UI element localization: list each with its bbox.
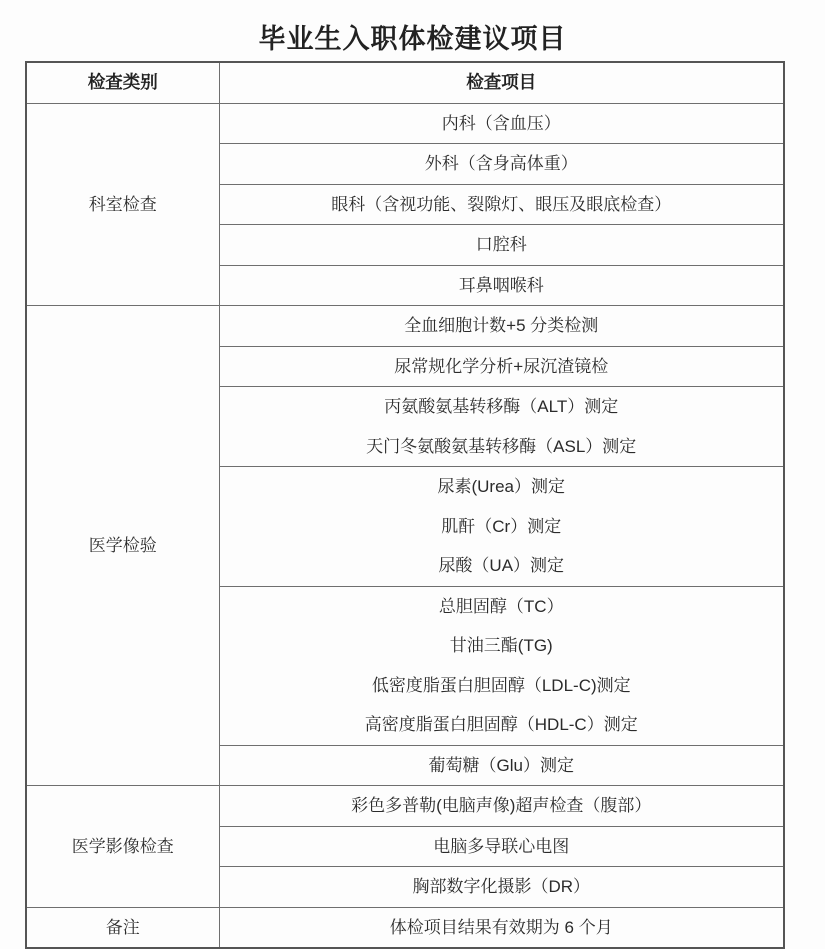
item-text: 总胆固醇（TC） (220, 587, 784, 627)
item-cell: 外科（含身高体重） (219, 144, 784, 185)
item-cell: 全血细胞计数+5 分类检测 (219, 306, 784, 347)
category-cell: 医学检验 (26, 306, 219, 786)
item-text: 电脑多导联心电图 (220, 827, 784, 867)
item-cell: 总胆固醇（TC）甘油三酯(TG)低密度脂蛋白胆固醇（LDL-C)测定高密度脂蛋白… (219, 586, 784, 745)
item-cell: 尿素(Urea）测定肌酐（Cr）测定尿酸（UA）测定 (219, 467, 784, 587)
item-cell: 内科（含血压） (219, 103, 784, 144)
item-text: 眼科（含视功能、裂隙灯、眼压及眼底检查） (220, 185, 784, 225)
item-cell: 眼科（含视功能、裂隙灯、眼压及眼底检查） (219, 184, 784, 225)
header-row: 检查类别 检查项目 (26, 62, 784, 103)
header-items: 检查项目 (219, 62, 784, 103)
item-text: 耳鼻咽喉科 (220, 266, 784, 306)
item-cell: 丙氨酸氨基转移酶（ALT）测定天门冬氨酸氨基转移酶（ASL）测定 (219, 387, 784, 467)
item-text: 胸部数字化摄影（DR） (220, 867, 784, 907)
page-title: 毕业生入职体检建议项目 (0, 17, 825, 56)
item-cell: 尿常规化学分析+尿沉渣镜检 (219, 346, 784, 387)
exam-table: 检查类别 检查项目 科室检查内科（含血压）外科（含身高体重）眼科（含视功能、裂隙… (25, 61, 785, 949)
item-text: 彩色多普勒(电脑声像)超声检查（腹部） (220, 786, 784, 826)
table-row: 科室检查内科（含血压） (26, 103, 784, 144)
item-text: 丙氨酸氨基转移酶（ALT）测定 (220, 387, 784, 427)
table-row: 医学影像检查彩色多普勒(电脑声像)超声检查（腹部） (26, 786, 784, 827)
item-cell: 胸部数字化摄影（DR） (219, 867, 784, 908)
item-text: 尿酸（UA）测定 (220, 546, 784, 586)
category-cell: 科室检查 (26, 103, 219, 306)
item-text: 肌酐（Cr）测定 (220, 507, 784, 547)
item-text: 低密度脂蛋白胆固醇（LDL-C)测定 (220, 666, 784, 706)
page: 毕业生入职体检建议项目 检查类别 检查项目 科室检查内科（含血压）外科（含身高体… (0, 0, 825, 942)
item-text: 外科（含身高体重） (220, 144, 784, 184)
item-text: 尿常规化学分析+尿沉渣镜检 (220, 347, 784, 387)
item-cell: 电脑多导联心电图 (219, 826, 784, 867)
item-cell: 口腔科 (219, 225, 784, 266)
item-text: 甘油三酯(TG) (220, 626, 784, 666)
item-cell: 耳鼻咽喉科 (219, 265, 784, 306)
item-text: 全血细胞计数+5 分类检测 (220, 306, 784, 346)
category-cell: 医学影像检查 (26, 786, 219, 908)
item-cell: 葡萄糖（Glu）测定 (219, 745, 784, 786)
item-text: 葡萄糖（Glu）测定 (220, 746, 784, 786)
item-text: 口腔科 (220, 225, 784, 265)
item-text: 体检项目结果有效期为 6 个月 (220, 908, 784, 948)
item-text: 内科（含血压） (220, 104, 784, 144)
header-category: 检查类别 (26, 62, 219, 103)
table-row: 医学检验全血细胞计数+5 分类检测 (26, 306, 784, 347)
item-text: 尿素(Urea）测定 (220, 467, 784, 507)
item-text: 高密度脂蛋白胆固醇（HDL-C）测定 (220, 705, 784, 745)
item-text: 天门冬氨酸氨基转移酶（ASL）测定 (220, 427, 784, 467)
item-cell: 彩色多普勒(电脑声像)超声检查（腹部） (219, 786, 784, 827)
